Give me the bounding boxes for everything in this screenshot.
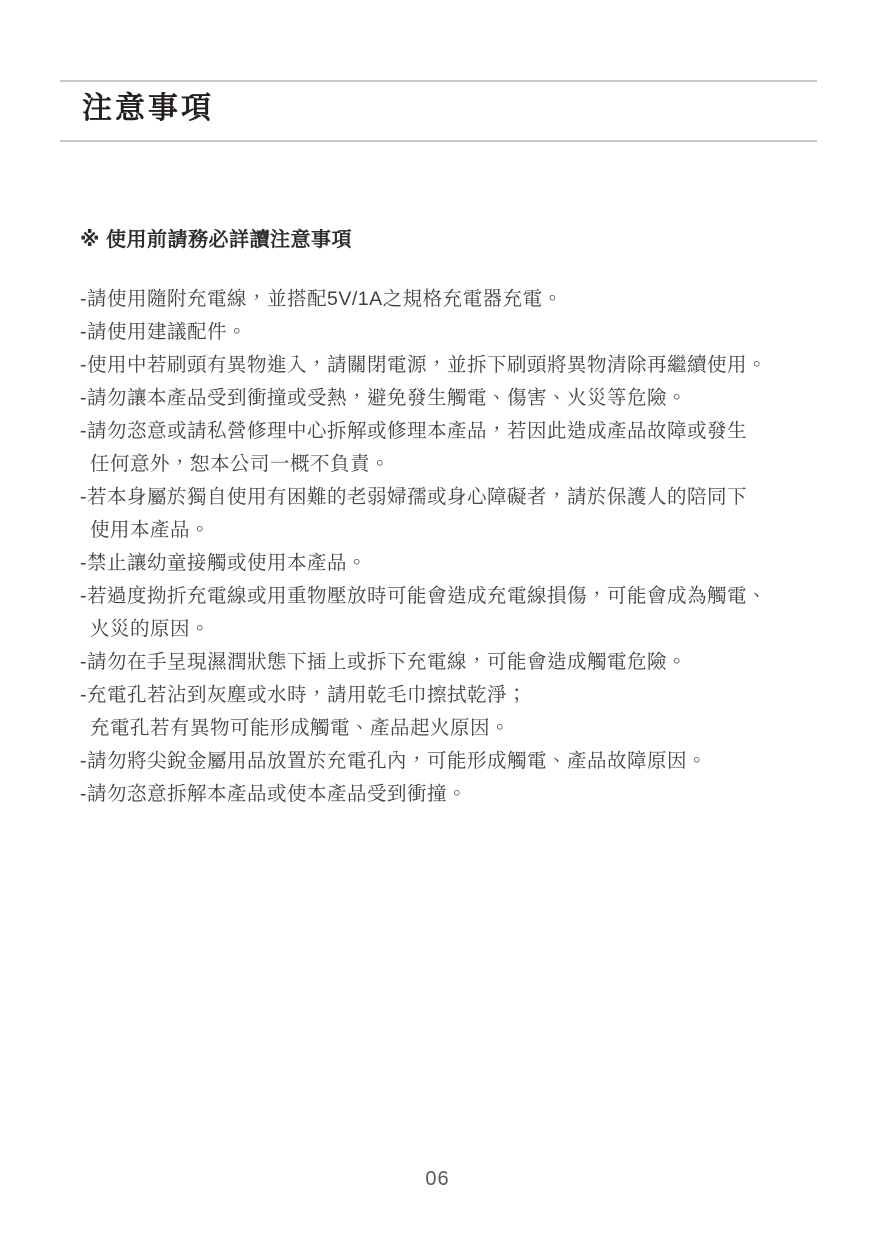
page-header: 注意事項	[60, 80, 817, 142]
notice-line: -若本身屬於獨自使用有困難的老弱婦孺或身心障礙者，請於保護人的陪同下	[80, 481, 840, 514]
notice-line: -請使用隨附充電線，並搭配5V/1A之規格充電器充電。	[80, 283, 840, 316]
notice-line: -請勿讓本產品受到衝撞或受熱，避免發生觸電、傷害、火災等危險。	[80, 382, 840, 415]
page-footer: 06	[0, 1168, 875, 1191]
page-title: 注意事項	[82, 91, 817, 127]
notice-line: -使用中若刷頭有異物進入，請關閉電源，並拆下刷頭將異物清除再繼續使用。	[80, 349, 840, 382]
notice-section: ※ 使用前請務必詳讀注意事項 -請使用隨附充電線，並搭配5V/1A之規格充電器充…	[80, 228, 840, 811]
page-number: 06	[425, 1168, 449, 1190]
notice-line: -請勿恣意拆解本產品或使本產品受到衝撞。	[80, 778, 840, 811]
notice-line-continuation: 火災的原因。	[80, 613, 840, 646]
notice-line-continuation: 使用本產品。	[80, 514, 840, 547]
notice-line-continuation: 任何意外，恕本公司一概不負責。	[80, 448, 840, 481]
notice-line: -充電孔若沾到灰塵或水時，請用乾毛巾擦拭乾淨；	[80, 679, 840, 712]
notice-line: -若過度拗折充電線或用重物壓放時可能會造成充電線損傷，可能會成為觸電、	[80, 580, 840, 613]
notice-line: -禁止讓幼童接觸或使用本產品。	[80, 547, 840, 580]
notice-line: -請使用建議配件。	[80, 316, 840, 349]
notice-line-continuation: 充電孔若有異物可能形成觸電、產品起火原因。	[80, 712, 840, 745]
notice-heading: ※ 使用前請務必詳讀注意事項	[80, 228, 840, 252]
notice-line: -請勿恣意或請私營修理中心拆解或修理本產品，若因此造成產品故障或發生	[80, 415, 840, 448]
notice-line: -請勿將尖銳金屬用品放置於充電孔內，可能形成觸電、產品故障原因。	[80, 745, 840, 778]
manual-page: 注意事項 ※ 使用前請務必詳讀注意事項 -請使用隨附充電線，並搭配5V/1A之規…	[0, 0, 875, 1241]
notice-line: -請勿在手呈現濕潤狀態下插上或拆下充電線，可能會造成觸電危險。	[80, 646, 840, 679]
